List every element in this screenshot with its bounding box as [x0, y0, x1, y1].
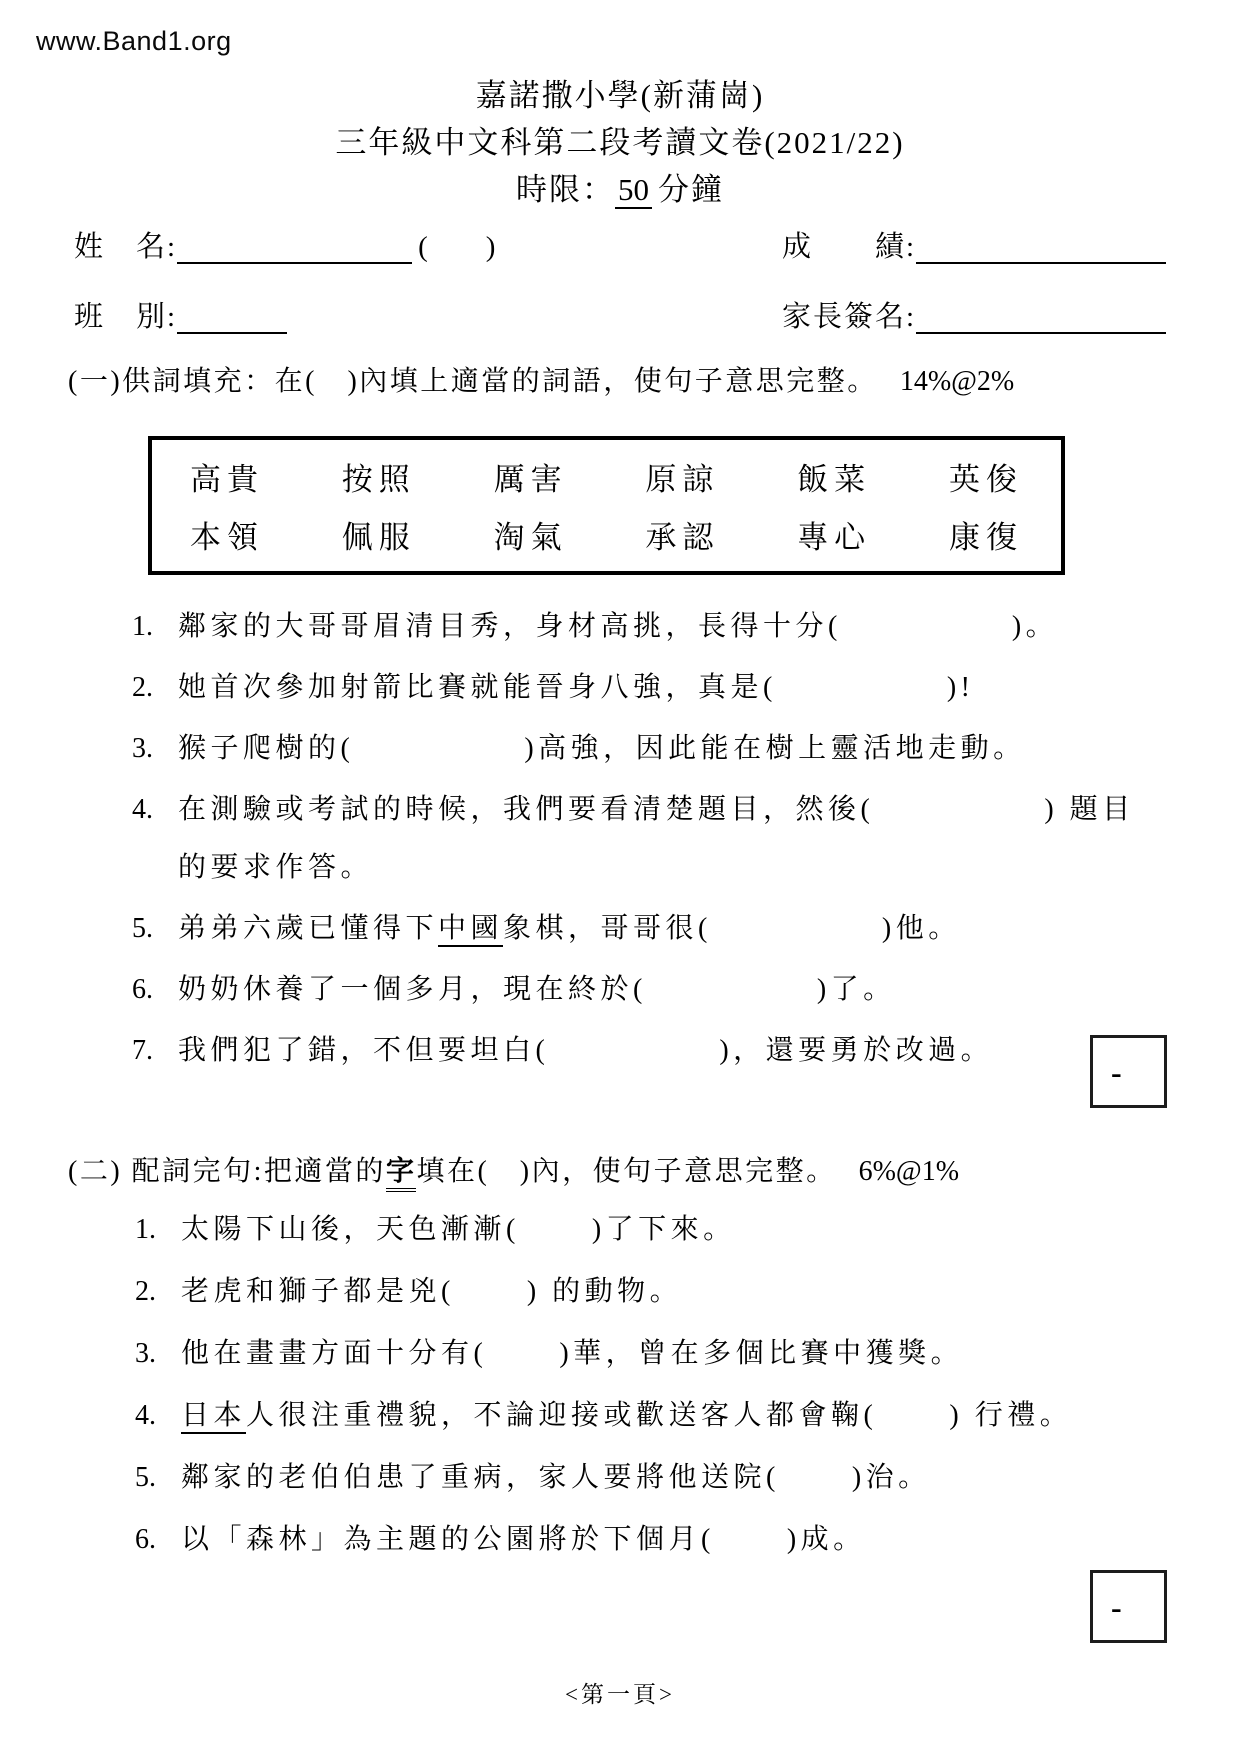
- class-input-line: [177, 330, 287, 334]
- exam-paper-page: www.Band1.org 嘉諾撒小學(新蒲崗) 三年級中文科第二段考讀文卷(2…: [0, 0, 1240, 1754]
- question-number: 2.: [132, 659, 178, 717]
- word-bank-word: 高貴: [190, 454, 264, 499]
- name-input-line: [177, 260, 412, 264]
- section1-heading-text: (一)供詞填充：在( )內填上適當的詞語，使句子意思完整。: [68, 366, 878, 397]
- question-row: 3.他在畫畫方面十分有()華，曾在多個比賽中獲獎。: [135, 1325, 1195, 1383]
- parent-signature-label: 家長簽名:: [782, 301, 916, 333]
- class-number-parens: (): [418, 231, 495, 263]
- name-label: 姓 名:: [74, 231, 177, 263]
- answer-blank: (): [763, 672, 961, 703]
- parent-signature-group: 家長簽名:: [782, 294, 1166, 335]
- question-number: 7.: [132, 1022, 178, 1080]
- question-number: 1.: [135, 1201, 181, 1259]
- paren-open: (: [418, 231, 428, 263]
- word-bank-word: 飯菜: [797, 454, 871, 499]
- time-limit-value: 50: [615, 172, 652, 209]
- time-limit-suffix: 分鐘: [658, 172, 724, 207]
- time-limit-prefix: 時限：: [516, 172, 615, 207]
- question-number: 2.: [135, 1263, 181, 1321]
- answer-blank: (): [828, 611, 1026, 642]
- answer-blank: (): [861, 794, 1059, 825]
- score-box-2: -: [1090, 1570, 1167, 1643]
- time-limit-line: 時限：50分鐘: [0, 174, 1240, 205]
- word-bank-word: 康復: [949, 512, 1023, 557]
- question-number: 4.: [132, 781, 178, 839]
- question-text: 鄰家的大哥哥眉清目秀，身材高挑，長得十分()。: [178, 598, 1058, 656]
- word-bank-word: 專心: [797, 512, 871, 557]
- question-text: 鄰家的老伯伯患了重病，家人要將他送院()治。: [181, 1449, 931, 1507]
- word-bank-word: 按照: [342, 454, 416, 499]
- question-text: 太陽下山後，天色漸漸()了下來。: [181, 1201, 736, 1259]
- answer-blank: (): [698, 913, 896, 944]
- school-title: 嘉諾撒小學(新蒲崗): [0, 80, 1240, 111]
- question-row: 7.我們犯了錯，不但要坦白()，還要勇於改過。: [132, 1022, 1192, 1080]
- question-row: 5.鄰家的老伯伯患了重病，家人要將他送院()治。: [135, 1449, 1195, 1507]
- answer-blank-gap: [520, 1236, 592, 1238]
- question-text: 弟弟六歲已懂得下中國象棋，哥哥很()他。: [178, 900, 961, 958]
- question-text: 老虎和獅子都是兇() 的動物。: [181, 1263, 682, 1321]
- answer-blank: (): [441, 1276, 541, 1307]
- answer-blank: (): [766, 1462, 866, 1493]
- question-text: 我們犯了錯，不但要坦白()，還要勇於改過。: [178, 1022, 993, 1080]
- score-label: 成 績:: [782, 231, 916, 263]
- question-row: 3.猴子爬樹的()高強，因此能在樹上靈活地走動。: [132, 720, 1192, 778]
- question-number: 6.: [135, 1511, 181, 1569]
- question-number: 1.: [132, 598, 178, 656]
- question-number: 3.: [132, 720, 178, 778]
- section2-heading-post: 填在( )內，使句子意思完整。: [416, 1156, 836, 1187]
- answer-blank: (): [341, 733, 539, 764]
- paren-close: ): [486, 231, 496, 263]
- score-box-1: -: [1090, 1035, 1167, 1108]
- answer-blank-gap: [780, 1484, 852, 1486]
- answer-blank-gap: [877, 1422, 949, 1424]
- word-bank: 高貴按照厲害原諒飯菜英俊本領佩服淘氣承認專心康復: [148, 436, 1065, 575]
- answer-blank-gap: [354, 755, 524, 757]
- answer-blank: (): [536, 1035, 734, 1066]
- question-number: 5.: [135, 1449, 181, 1507]
- score-field-group: 成 績:: [782, 224, 1166, 265]
- word-bank-word: 承認: [645, 512, 719, 557]
- section1-marks: 14%@2%: [900, 366, 1014, 397]
- question-row: 2.老虎和獅子都是兇() 的動物。: [135, 1263, 1195, 1321]
- word-bank-row: 本領佩服淘氣承認專心康復: [152, 512, 1061, 557]
- answer-blank-gap: [874, 816, 1044, 818]
- section2-heading-pre: (二) 配詞完句:把適當的: [68, 1156, 386, 1187]
- section2-marks: 6%@1%: [859, 1156, 959, 1187]
- class-number-blank: [428, 254, 486, 256]
- section2-questions: 1.太陽下山後，天色漸漸()了下來。2.老虎和獅子都是兇() 的動物。3.他在畫…: [135, 1201, 1195, 1573]
- question-number: 6.: [132, 961, 178, 1019]
- question-row: 6.奶奶休養了一個多月，現在終於()了。: [132, 961, 1192, 1019]
- score-box-1-dash: -: [1093, 1056, 1122, 1088]
- section1-heading: (一)供詞填充：在( )內填上適當的詞語，使句子意思完整。14%@2%: [68, 360, 1014, 404]
- question-row: 2.她首次參加射箭比賽就能晉身八強，真是()!: [132, 659, 1192, 717]
- question-text: 他在畫畫方面十分有()華，曾在多個比賽中獲獎。: [181, 1325, 963, 1383]
- question-text: 在測驗或考試的時候，我們要看清楚題目，然後() 題目的要求作答。: [178, 781, 1135, 897]
- class-field-group: 班 別:: [74, 294, 287, 335]
- question-text: 奶奶休養了一個多月，現在終於()了。: [178, 961, 896, 1019]
- word-bank-row: 高貴按照厲害原諒飯菜英俊: [152, 454, 1061, 499]
- word-bank-word: 厲害: [494, 454, 568, 499]
- question-text: 猴子爬樹的()高強，因此能在樹上靈活地走動。: [178, 720, 1026, 778]
- answer-blank: (): [474, 1338, 574, 1369]
- answer-blank-gap: [455, 1298, 527, 1300]
- underlined-term: 日本: [181, 1400, 246, 1434]
- word-bank-word: 原諒: [645, 454, 719, 499]
- name-field-group: 姓 名:(): [74, 224, 495, 265]
- page-footer: <第一頁>: [0, 1676, 1240, 1709]
- answer-blank: (): [633, 974, 831, 1005]
- answer-blank: (): [701, 1524, 801, 1555]
- question-text: 日本人很注重禮貌，不論迎接或歡送客人都會鞠() 行禮。: [181, 1387, 1072, 1445]
- question-row: 1.鄰家的大哥哥眉清目秀，身材高挑，長得十分()。: [132, 598, 1192, 656]
- question-row: 1.太陽下山後，天色漸漸()了下來。: [135, 1201, 1195, 1259]
- question-row: 6.以「森林」為主題的公園將於下個月()成。: [135, 1511, 1195, 1569]
- answer-blank-gap: [842, 633, 1012, 635]
- question-text: 她首次參加射箭比賽就能晉身八強，真是()!: [178, 659, 975, 717]
- exam-title: 三年級中文科第二段考讀文卷(2021/22): [0, 127, 1240, 158]
- answer-blank-gap: [777, 694, 947, 696]
- answer-blank-gap: [549, 1057, 719, 1059]
- answer-blank-gap: [487, 1360, 559, 1362]
- exam-header: 嘉諾撒小學(新蒲崗) 三年級中文科第二段考讀文卷(2021/22) 時限：50分…: [0, 80, 1240, 221]
- word-bank-word: 佩服: [342, 512, 416, 557]
- question-number: 3.: [135, 1325, 181, 1383]
- question-row: 4.在測驗或考試的時候，我們要看清楚題目，然後() 題目的要求作答。: [132, 781, 1192, 897]
- section2-heading: (二) 配詞完句:把適當的字填在( )內，使句子意思完整。6%@1%: [68, 1150, 959, 1194]
- word-bank-word: 本領: [190, 512, 264, 557]
- answer-blank-gap: [712, 935, 882, 937]
- word-bank-word: 淘氣: [494, 512, 568, 557]
- answer-blank-gap: [647, 996, 817, 998]
- word-bank-word: 英俊: [949, 454, 1023, 499]
- underlined-term: 中國: [438, 913, 503, 947]
- question-row: 4.日本人很注重禮貌，不論迎接或歡送客人都會鞠() 行禮。: [135, 1387, 1195, 1445]
- class-label: 班 別:: [74, 301, 177, 333]
- question-row: 5.弟弟六歲已懂得下中國象棋，哥哥很()他。: [132, 900, 1192, 958]
- parent-signature-line: [916, 330, 1166, 334]
- score-box-2-dash: -: [1093, 1591, 1122, 1623]
- answer-blank: (): [864, 1400, 964, 1431]
- question-number: 4.: [135, 1387, 181, 1445]
- answer-blank: (): [506, 1214, 606, 1245]
- score-input-line: [916, 260, 1166, 264]
- site-watermark: www.Band1.org: [36, 26, 232, 57]
- question-text: 以「森林」為主題的公園將於下個月()成。: [181, 1511, 866, 1569]
- section2-heading-keyword: 字: [386, 1156, 417, 1192]
- answer-blank-gap: [715, 1546, 787, 1548]
- question-number: 5.: [132, 900, 178, 958]
- section1-questions: 1.鄰家的大哥哥眉清目秀，身材高挑，長得十分()。2.她首次參加射箭比賽就能晉身…: [132, 598, 1192, 1083]
